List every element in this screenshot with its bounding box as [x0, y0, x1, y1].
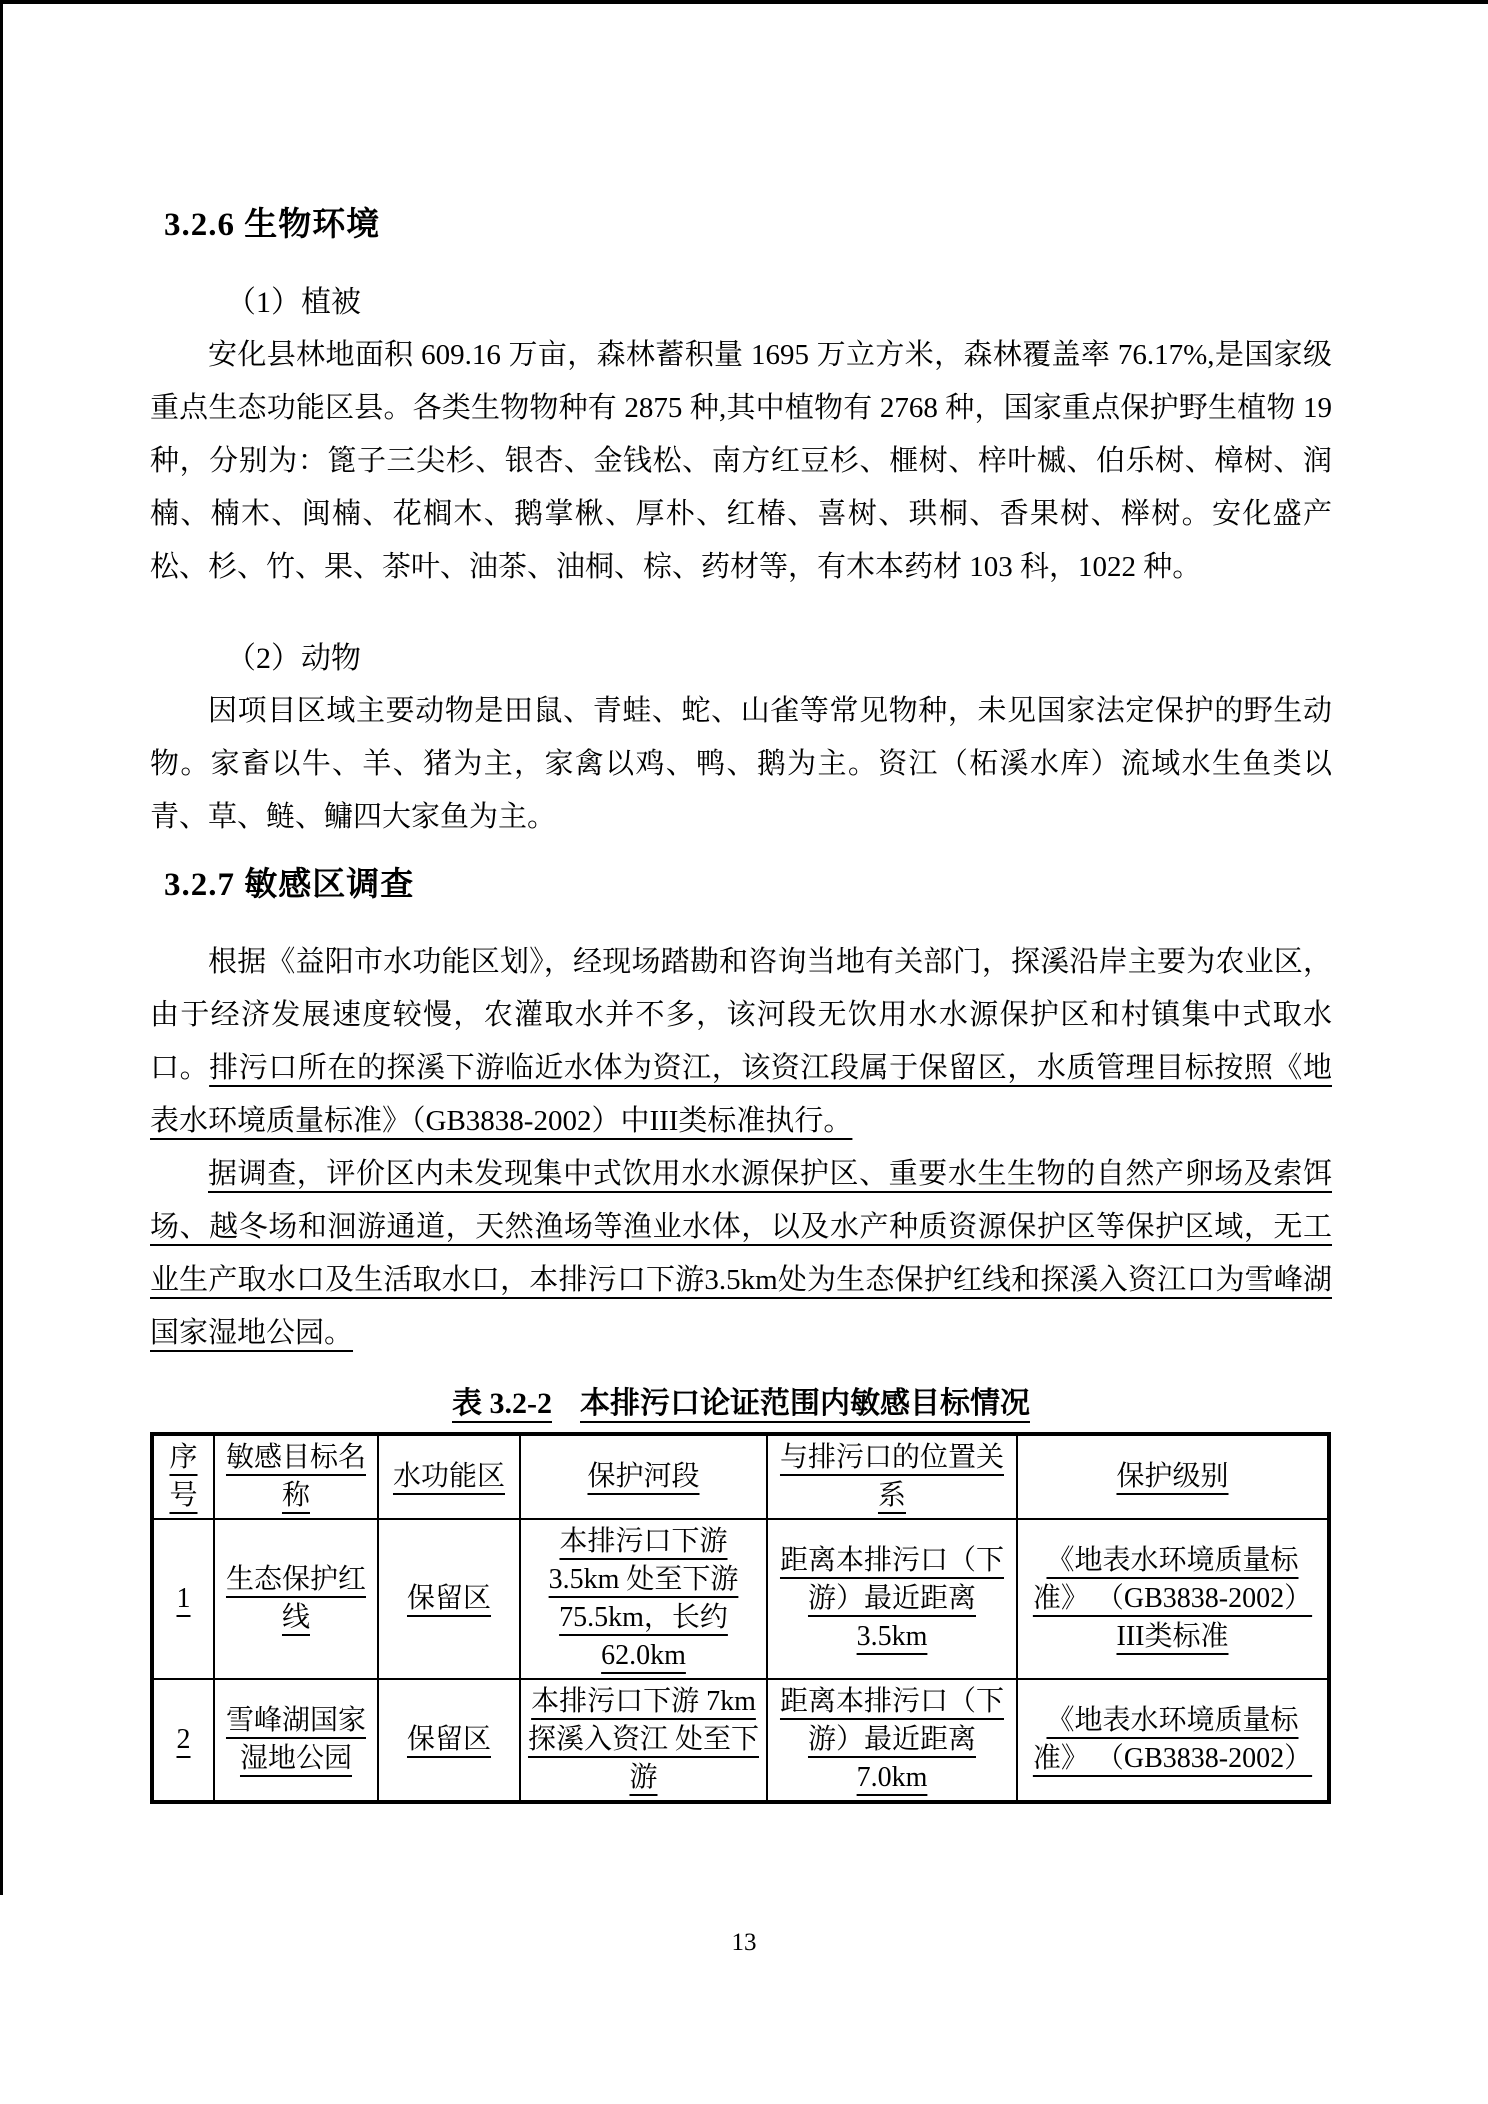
paragraph-vegetation: 安化县林地面积 609.16 万亩，森林蓄积量 1695 万立方米，森林覆盖率 … — [150, 329, 1332, 594]
cell-target-name: 生态保护红线 — [214, 1519, 378, 1679]
col-header-protected-reach: 保护河段 — [520, 1434, 767, 1519]
table-caption-number: 表 3.2-2 — [452, 1387, 552, 1420]
cell-protected-reach: 本排污口下游 7km 探溪入资江 处至下游 — [520, 1679, 767, 1802]
survey-underlined-text: 排污口所在的探溪下游临近水体为资江，该资江段属于保留区，水质管理目标按照《地表水… — [150, 1052, 1332, 1137]
page-number: 13 — [0, 1928, 1488, 1958]
sensitive-targets-table: 序号 敏感目标名称 水功能区 保护河段 与排污口的位置关系 保护级别 1 生态保… — [150, 1432, 1331, 1804]
findings-underlined-text: 据调查，评价区内未发现集中式饮用水水源保护区、重要水生生物的自然产卵场及索饵场、… — [150, 1158, 1332, 1349]
table-header-row: 序号 敏感目标名称 水功能区 保护河段 与排污口的位置关系 保护级别 — [152, 1434, 1329, 1519]
cell-protection-level: 《地表水环境质量标准》 （GB3838-2002） — [1017, 1679, 1329, 1802]
paragraph-sensitive-survey: 根据《益阳市水功能区划》，经现场踏勘和咨询当地有关部门，探溪沿岸主要为农业区，由… — [150, 936, 1332, 1148]
subheading-vegetation: （1）植被 — [226, 276, 1332, 329]
cell-water-function-zone: 保留区 — [378, 1519, 520, 1679]
heading-3-2-6: 3.2.6 生物环境 — [164, 202, 1332, 248]
cell-protection-level: 《地表水环境质量标准》 （GB3838-2002） III类标准 — [1017, 1519, 1329, 1679]
heading-3-2-7: 3.2.7 敏感区调查 — [164, 862, 1332, 908]
cell-position-relation: 距离本排污口（下游）最近距离 7.0km — [767, 1679, 1017, 1802]
cell-water-function-zone: 保留区 — [378, 1679, 520, 1802]
cell-protected-reach: 本排污口下游 3.5km 处至下游 75.5km，长约 62.0km — [520, 1519, 767, 1679]
table-caption-title: 本排污口论证范围内敏感目标情况 — [580, 1387, 1030, 1420]
table-row: 2 雪峰湖国家湿地公园 保留区 本排污口下游 7km 探溪入资江 处至下游 距离… — [152, 1679, 1329, 1802]
col-header-water-function-zone: 水功能区 — [378, 1434, 520, 1519]
col-header-target-name: 敏感目标名称 — [214, 1434, 378, 1519]
cell-position-relation: 距离本排污口（下游）最近距离 3.5km — [767, 1519, 1017, 1679]
col-header-position-relation: 与排污口的位置关系 — [767, 1434, 1017, 1519]
paragraph-animals: 因项目区域主要动物是田鼠、青蛙、蛇、山雀等常见物种，未见国家法定保护的野生动物。… — [150, 685, 1332, 844]
cell-index: 2 — [152, 1679, 214, 1802]
table-caption: 表 3.2-2本排污口论证范围内敏感目标情况 — [150, 1384, 1332, 1424]
scan-edge-top — [0, 0, 1488, 4]
cell-target-name: 雪峰湖国家湿地公园 — [214, 1679, 378, 1802]
table-row: 1 生态保护红线 保留区 本排污口下游 3.5km 处至下游 75.5km，长约… — [152, 1519, 1329, 1679]
subheading-animals: （2）动物 — [226, 632, 1332, 685]
col-header-protection-level: 保护级别 — [1017, 1434, 1329, 1519]
scan-edge-left — [0, 0, 3, 1895]
col-header-index: 序号 — [152, 1434, 214, 1519]
paragraph-survey-findings: 据调查，评价区内未发现集中式饮用水水源保护区、重要水生生物的自然产卵场及索饵场、… — [150, 1148, 1332, 1360]
cell-index: 1 — [152, 1519, 214, 1679]
document-page: 3.2.6 生物环境 （1）植被 安化县林地面积 609.16 万亩，森林蓄积量… — [0, 0, 1488, 2104]
